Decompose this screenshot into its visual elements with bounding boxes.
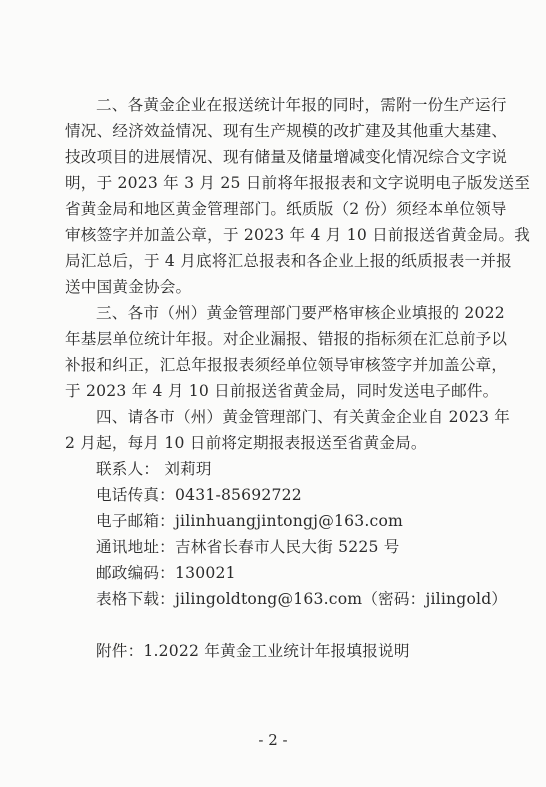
contact-label: 电话传真： bbox=[96, 486, 175, 504]
paragraph-line: 2 月起，每月 10 日前将定期报表报送至省黄金局。 bbox=[65, 433, 485, 453]
contact-value: 0431-85692722 bbox=[175, 486, 302, 504]
contact-value: 130021 bbox=[175, 564, 236, 582]
document-page: 二、各黄金企业在报送统计年报的同时，需附一份生产运行 情况、经济效益情况、现有生… bbox=[0, 0, 546, 787]
contact-value: jilingoldtong@163.com（密码：jilingold） bbox=[175, 590, 507, 608]
contact-value: jilinhuangjintongj@163.com bbox=[175, 512, 403, 530]
paragraph-line: 局汇总后，于 4 月底将汇总报表和各企业上报的纸质报表一并报 bbox=[65, 251, 485, 271]
paragraph-line: 审核签字并加盖公章，于 2023 年 4 月 10 日前报送省黄金局。我 bbox=[65, 225, 485, 245]
paragraph-line: 二、各黄金企业在报送统计年报的同时，需附一份生产运行 bbox=[96, 95, 485, 115]
contact-label: 联系人： bbox=[96, 460, 159, 478]
contact-label: 电子邮箱： bbox=[96, 512, 175, 530]
contact-email: 电子邮箱：jilinhuangjintongj@163.com bbox=[96, 511, 516, 531]
paragraph-line: 年基层单位统计年报。对企业漏报、错报的指标须在汇总前予以 bbox=[65, 329, 485, 349]
contact-download: 表格下载：jilingoldtong@163.com（密码：jilingold） bbox=[96, 589, 516, 609]
paragraph-line: 于 2023 年 4 月 10 日前报送省黄金局，同时发送电子邮件。 bbox=[65, 381, 485, 401]
paragraph-line: 送中国黄金协会。 bbox=[65, 277, 485, 297]
page-number: - 2 - bbox=[0, 731, 546, 749]
paragraph-line: 四、请各市（州）黄金管理部门、有关黄金企业自 2023 年 bbox=[96, 407, 485, 427]
paragraph-line: 补报和纠正，汇总年报报表须经单位领导审核签字并加盖公章， bbox=[65, 355, 485, 375]
paragraph-line: 三、各市（州）黄金管理部门要严格审核企业填报的 2022 bbox=[96, 303, 485, 323]
contact-postcode: 邮政编码：130021 bbox=[96, 563, 516, 583]
paragraph-line: 明，于 2023 年 3 月 25 日前将年报报表和文字说明电子版发送至 bbox=[65, 173, 485, 193]
paragraph-line: 技改项目的进展情况、现有储量及储量增减变化情况综合文字说 bbox=[65, 147, 485, 167]
contact-label: 通讯地址： bbox=[96, 538, 175, 556]
paragraph-line: 情况、经济效益情况、现有生产规模的改扩建及其他重大基建、 bbox=[65, 121, 485, 141]
contact-value: 刘莉玥 bbox=[159, 460, 212, 478]
contact-person: 联系人： 刘莉玥 bbox=[96, 459, 516, 479]
contact-address: 通讯地址：吉林省长春市人民大街 5225 号 bbox=[96, 537, 516, 557]
contact-label: 邮政编码： bbox=[96, 564, 175, 582]
paragraph-line: 省黄金局和地区黄金管理部门。纸质版（2 份）须经本单位领导 bbox=[65, 199, 485, 219]
contact-value: 吉林省长春市人民大街 5225 号 bbox=[175, 538, 400, 556]
contact-phone: 电话传真：0431-85692722 bbox=[96, 485, 516, 505]
contact-label: 表格下载： bbox=[96, 590, 175, 608]
attachment-note: 附件：1.2022 年黄金工业统计年报填报说明 bbox=[96, 641, 516, 661]
